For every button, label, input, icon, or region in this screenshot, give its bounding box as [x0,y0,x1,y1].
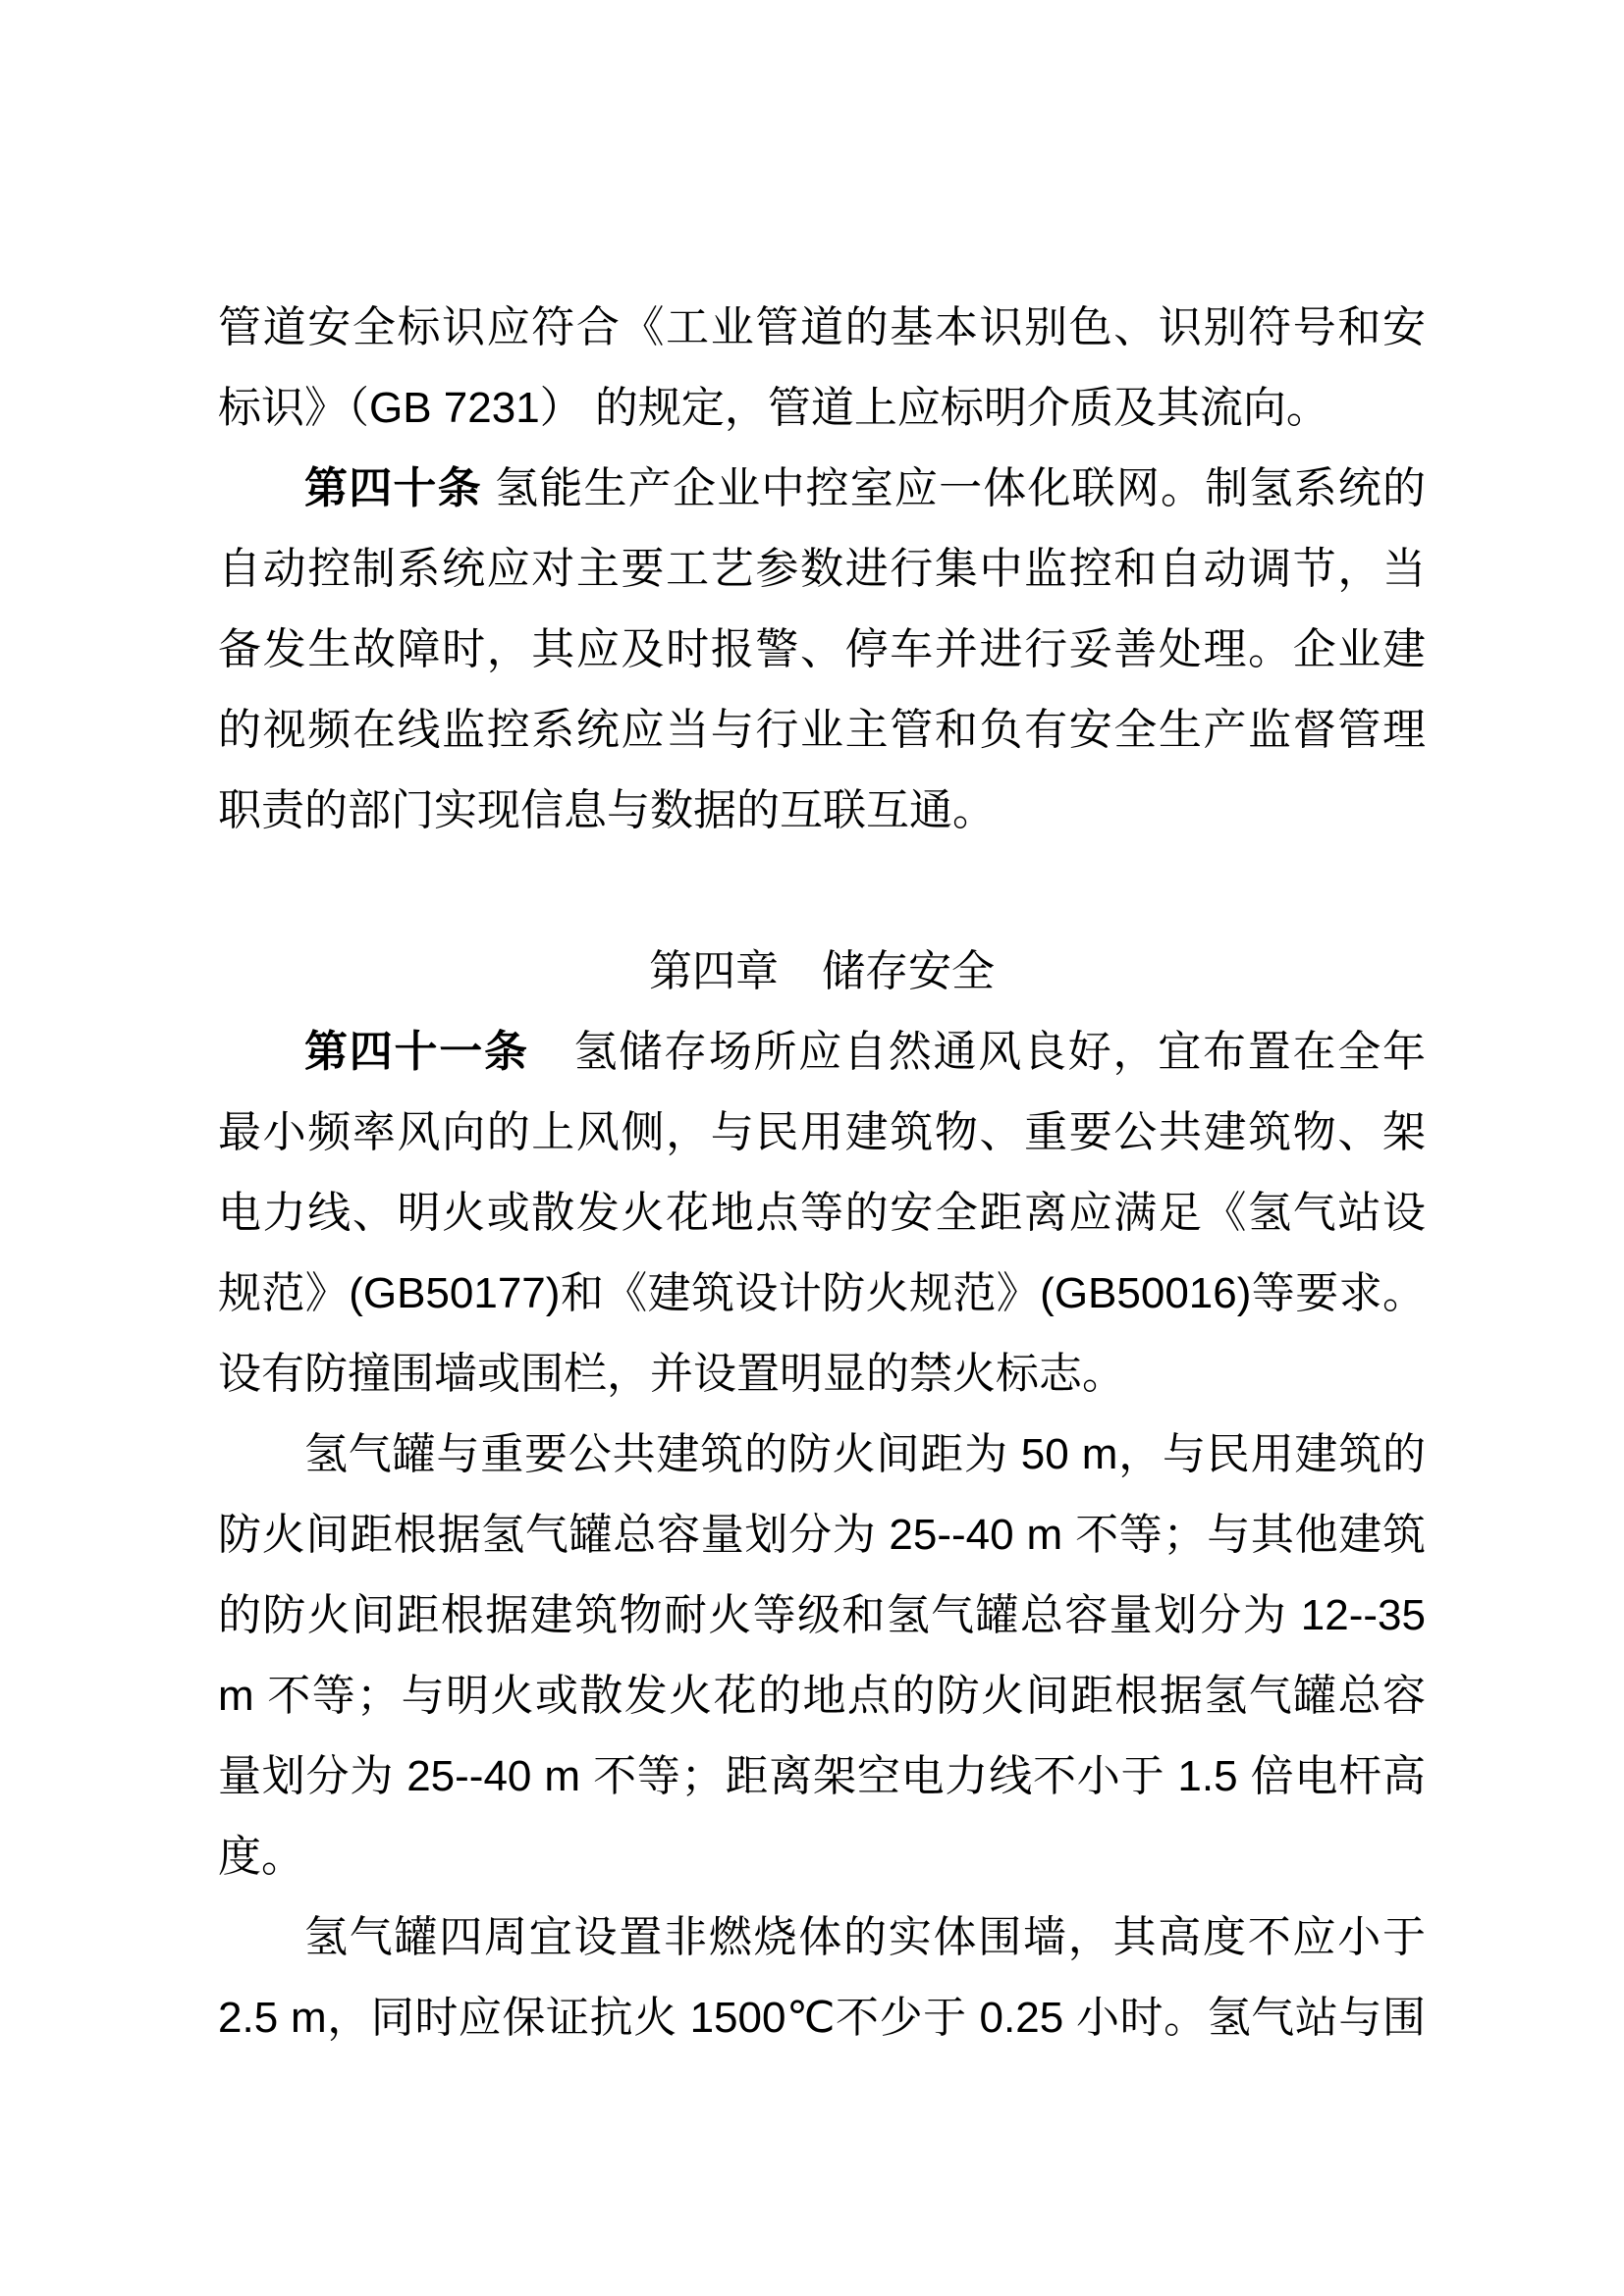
document-page: 管道安全标识应符合《工业管道的基本识别色、识别符号和安全标识》（GB 7231）… [0,0,1624,2296]
text-line: 的防火间距根据建筑物耐火等级和氢气罐总容量划分为 12--35 [218,1575,1426,1656]
text-line: 标识》（GB 7231） 的规定，管道上应标明介质及其流向。 [218,368,1426,449]
text-line: 规范》(GB50177)和《建筑设计防火规范》(GB50016)等要求。 [218,1254,1426,1334]
text-line: 的视频在线监控系统应当与行业主管和负有安全生产监督管理 [218,690,1426,771]
text-line: 度。 [218,1817,1426,1897]
text-line: 自动控制系统应对主要工艺参数进行集中监控和自动调节，当设 [218,529,1426,610]
article-number: 第四十一条 [304,1028,529,1076]
text-line: 氢气罐四周宜设置非燃烧体的实体围墙，其高度不应小于 [218,1897,1426,1978]
chapter-heading: 第四章 储存安全 [218,932,1426,1012]
text-line: 设有防撞围墙或围栏，并设置明显的禁火标志。 [218,1334,1426,1415]
text-line: 第四十一条 氢储存场所应自然通风良好，宜布置在全年 [218,1012,1426,1093]
text-line: 防火间距根据氢气罐总容量划分为 25--40 m 不等；与其他建筑 [218,1495,1426,1575]
text-line: 量划分为 25--40 m 不等；距离架空电力线不小于 1.5 倍电杆高 [218,1736,1426,1817]
text-line: 管道安全标识应符合《工业管道的基本识别色、识别符号和安全 [218,288,1426,368]
text-block: 管道安全标识应符合《工业管道的基本识别色、识别符号和安全标识》（GB 7231）… [218,288,1426,2058]
text-line: m 不等；与明火或散发火花的地点的防火间距根据氢气罐总容 [218,1656,1426,1736]
text-line: 2.5 m，同时应保证抗火 1500℃不少于 0.25 小时。氢气站与围 [218,1978,1426,2058]
text-line: 氢气罐与重要公共建筑的防火间距为 50 m，与民用建筑的 [218,1415,1426,1495]
text-line: 备发生故障时，其应及时报警、停车并进行妥善处理。企业建立 [218,610,1426,690]
text-line: 职责的部门实现信息与数据的互联互通。 [218,771,1426,851]
article-number: 第四十条 [304,464,482,512]
text-line: 最小频率风向的上风侧，与民用建筑物、重要公共建筑物、架空 [218,1093,1426,1173]
blank-line [218,851,1426,932]
text-line: 电力线、明火或散发火花地点等的安全距离应满足《氢气站设计 [218,1173,1426,1254]
text-line: 第四十条 氢能生产企业中控室应一体化联网。制氢系统的 [218,449,1426,529]
